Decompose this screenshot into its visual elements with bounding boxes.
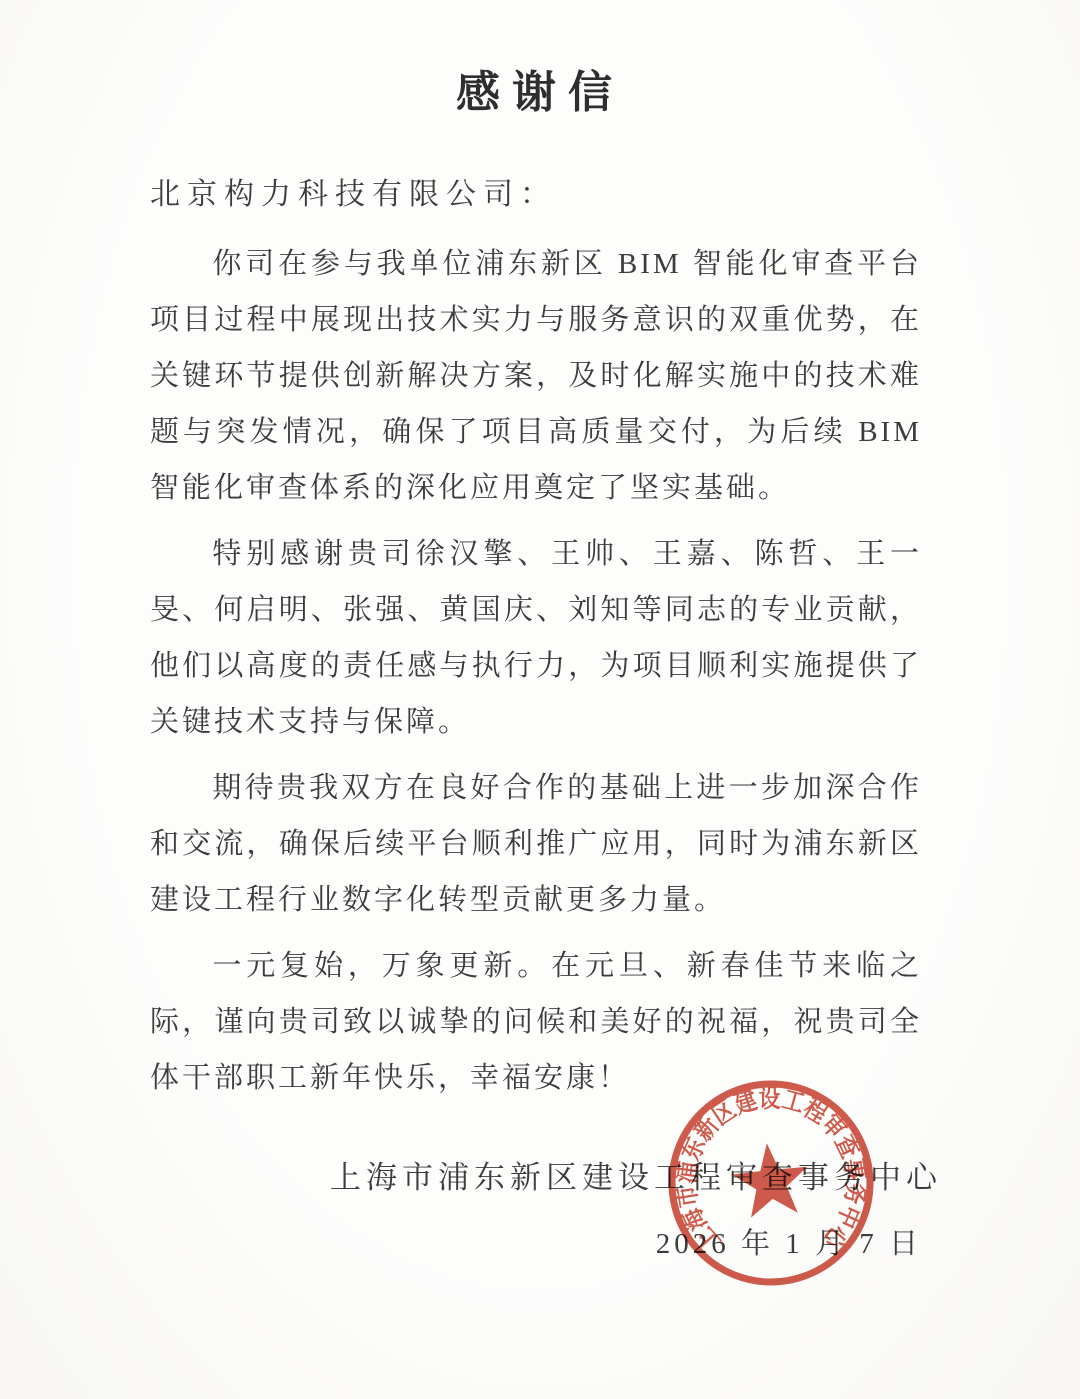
letter-title: 感谢信 — [0, 0, 1080, 120]
paragraph-3: 期待贵我双方在良好合作的基础上进一步加深合作和交流，确保后续平台顺利推广应用，同… — [150, 760, 922, 928]
paragraph-2: 特别感谢贵司徐汉擎、王帅、王嘉、陈哲、王一旻、何启明、张强、黄国庆、刘知等同志的… — [150, 526, 922, 750]
letter-body: 北京构力科技有限公司： 你司在参与我单位浦东新区 BIM 智能化审查平台项目过程… — [150, 166, 922, 1106]
paragraph-4: 一元复始，万象更新。在元旦、新春佳节来临之际，谨向贵司致以诚挚的问候和美好的祝福… — [150, 938, 922, 1106]
scanned-letter-page: 感谢信 北京构力科技有限公司： 你司在参与我单位浦东新区 BIM 智能化审查平台… — [0, 0, 1080, 1399]
signature-date: 2026 年 1 月 7 日 — [0, 1221, 1080, 1262]
salutation: 北京构力科技有限公司： — [150, 166, 922, 224]
signature-block: 上海市浦东新区建设工程审查事务中心 2026 年 1 月 7 日 — [0, 1152, 1080, 1262]
paragraph-1: 你司在参与我单位浦东新区 BIM 智能化审查平台项目过程中展现出技术实力与服务意… — [150, 236, 922, 516]
signature-organization: 上海市浦东新区建设工程审查事务中心 — [0, 1152, 1080, 1197]
